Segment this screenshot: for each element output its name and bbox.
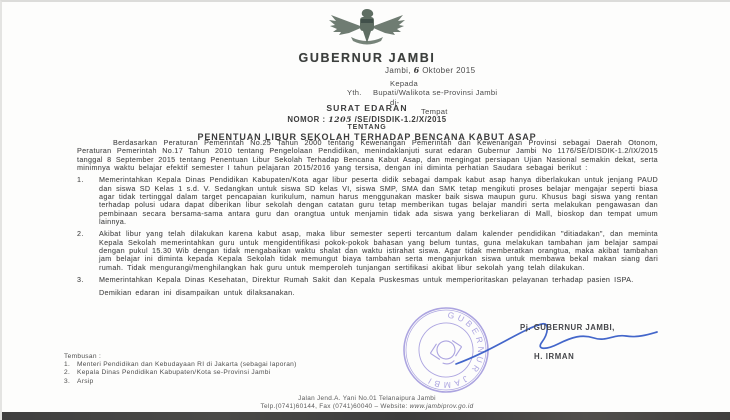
signatory-name: H. IRMAN — [534, 352, 574, 361]
recipient-yth: Yth. — [347, 88, 373, 97]
footer-address: Jalan Jend.A. Yani No.01 Telanaipura Jam… — [2, 395, 730, 403]
recipient-kepada: Kepada — [390, 79, 497, 88]
date-place: Jambi, — [385, 66, 411, 75]
tembusan-block: Tembusan : 1. Menteri Pendidikan dan Keb… — [64, 353, 297, 386]
governor-letterhead-title: GUBERNUR JAMBI — [2, 51, 730, 65]
footer-contacts: Telp.(0741)60144, Fax (0741)60040 – Webs… — [2, 403, 730, 411]
tembusan-number: 2. — [64, 369, 77, 377]
item-text: Memerintahkan Kepala Dinas Pendidikan Ka… — [99, 176, 658, 226]
footer-website: www.jambiprov.go.id — [410, 403, 474, 410]
tembusan-number: 1. — [64, 361, 77, 369]
item-text: Akibat libur yang telah dilakukan karena… — [99, 230, 658, 272]
doc-type-heading: SURAT EDARAN — [2, 103, 730, 113]
numbered-item: 3. Memerintahkan Kepala Dinas Kesehatan,… — [77, 276, 658, 284]
subject-block: SURAT EDARAN NOMOR : 1205 /SE/DISDIK-1.2… — [2, 103, 730, 142]
recipient-addressee: Bupati/Walikota se-Provinsi Jambi — [373, 88, 497, 97]
tembusan-text: Arsip — [77, 378, 94, 386]
opening-paragraph: Berdasarkan Peraturan Pemerintah No.25 T… — [77, 139, 658, 172]
numbered-item: 1. Memerintahkan Kepala Dinas Pendidikan… — [77, 176, 658, 226]
tembusan-label: Tembusan : — [64, 353, 297, 361]
item-number: 2. — [77, 230, 99, 272]
scanned-letter: GUBERNUR JAMBI Jambi, 6 Oktober 2015 Kep… — [0, 0, 730, 420]
closing-line: Demikian edaran ini disampaikan untuk di… — [99, 289, 658, 297]
date-rest: Oktober 2015 — [422, 66, 475, 75]
footer-phone-fax: Telp.(0741)60144, Fax (0741)60040 – Webs… — [261, 403, 408, 410]
nomor-label: NOMOR : — [287, 115, 325, 124]
tembusan-item: 3. Arsip — [64, 378, 297, 386]
letterhead-footer: Jalan Jend.A. Yani No.01 Telanaipura Jam… — [2, 395, 730, 412]
item-text: Memerintahkan Kepala Dinas Kesehatan, Di… — [99, 276, 658, 284]
tembusan-item: 1. Menteri Pendidikan dan Kebudayaan RI … — [64, 361, 297, 369]
nomor-line: NOMOR : 1205 /SE/DISDIK-1.2/X/2015 — [2, 115, 730, 124]
item-number: 1. — [77, 176, 99, 226]
numbered-item: 2. Akibat libur yang telah dilakukan kar… — [77, 230, 658, 272]
date-day-handwritten: 6 — [414, 65, 420, 75]
letter-body: Berdasarkan Peraturan Pemerintah No.25 T… — [77, 139, 658, 297]
garuda-emblem-icon — [327, 5, 407, 51]
tembusan-item: 2. Kepala Dinas Pendidikan Kabupaten/Kot… — [64, 369, 297, 377]
tembusan-text: Kepala Dinas Pendidikan Kabupaten/Kota s… — [77, 369, 270, 377]
signatory-title: Pj. GUBERNUR JAMBI, — [520, 323, 615, 332]
scan-edge-bar — [2, 412, 730, 420]
nomor-suffix: /SE/DISDIK-1.2/X/2015 — [355, 115, 447, 124]
tembusan-number: 3. — [64, 378, 77, 386]
nomor-handwritten: 1205 — [328, 115, 352, 124]
tembusan-text: Menteri Pendidikan dan Kebudayaan RI di … — [77, 361, 297, 369]
item-number: 3. — [77, 276, 99, 284]
tentang-label: TENTANG — [2, 124, 730, 131]
date-line: Jambi, 6 Oktober 2015 — [385, 65, 475, 75]
